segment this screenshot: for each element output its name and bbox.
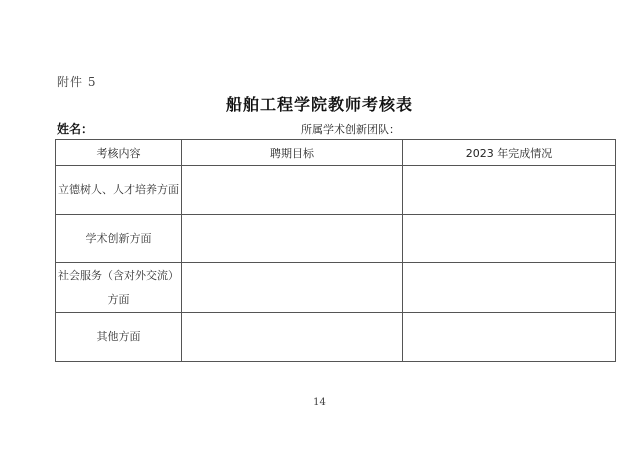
annex-label: 附件 5 bbox=[57, 73, 96, 90]
goal-cell[interactable] bbox=[182, 263, 403, 313]
goal-cell[interactable] bbox=[182, 313, 403, 362]
page-number: 14 bbox=[0, 397, 639, 408]
completion-cell[interactable] bbox=[403, 313, 616, 362]
assessment-table: 考核内容 聘期目标 2023 年完成情况 立德树人、人才培养方面 学术创新方面 … bbox=[55, 139, 616, 362]
table-row: 立德树人、人才培养方面 bbox=[56, 166, 616, 215]
row-category: 其他方面 bbox=[56, 313, 182, 362]
page-title: 船舶工程学院教师考核表 bbox=[0, 92, 639, 115]
row-category-line: 方面 bbox=[56, 288, 181, 312]
team-field-label: 所属学术创新团队： bbox=[301, 121, 400, 137]
goal-cell[interactable] bbox=[182, 166, 403, 215]
row-category: 社会服务（含对外交流） 方面 bbox=[56, 263, 182, 313]
row-category-line: 社会服务（含对外交流） bbox=[56, 264, 181, 288]
row-category: 学术创新方面 bbox=[56, 215, 182, 263]
row-category: 立德树人、人才培养方面 bbox=[56, 166, 182, 215]
completion-cell[interactable] bbox=[403, 263, 616, 313]
header-2023-completion: 2023 年完成情况 bbox=[403, 140, 616, 166]
goal-cell[interactable] bbox=[182, 215, 403, 263]
header-assessment-content: 考核内容 bbox=[56, 140, 182, 166]
completion-cell[interactable] bbox=[403, 166, 616, 215]
completion-cell[interactable] bbox=[403, 215, 616, 263]
name-field-label: 姓名： bbox=[57, 120, 93, 137]
table-row: 其他方面 bbox=[56, 313, 616, 362]
table-row: 学术创新方面 bbox=[56, 215, 616, 263]
header-term-goal: 聘期目标 bbox=[182, 140, 403, 166]
table-row: 社会服务（含对外交流） 方面 bbox=[56, 263, 616, 313]
table-header-row: 考核内容 聘期目标 2023 年完成情况 bbox=[56, 140, 616, 166]
